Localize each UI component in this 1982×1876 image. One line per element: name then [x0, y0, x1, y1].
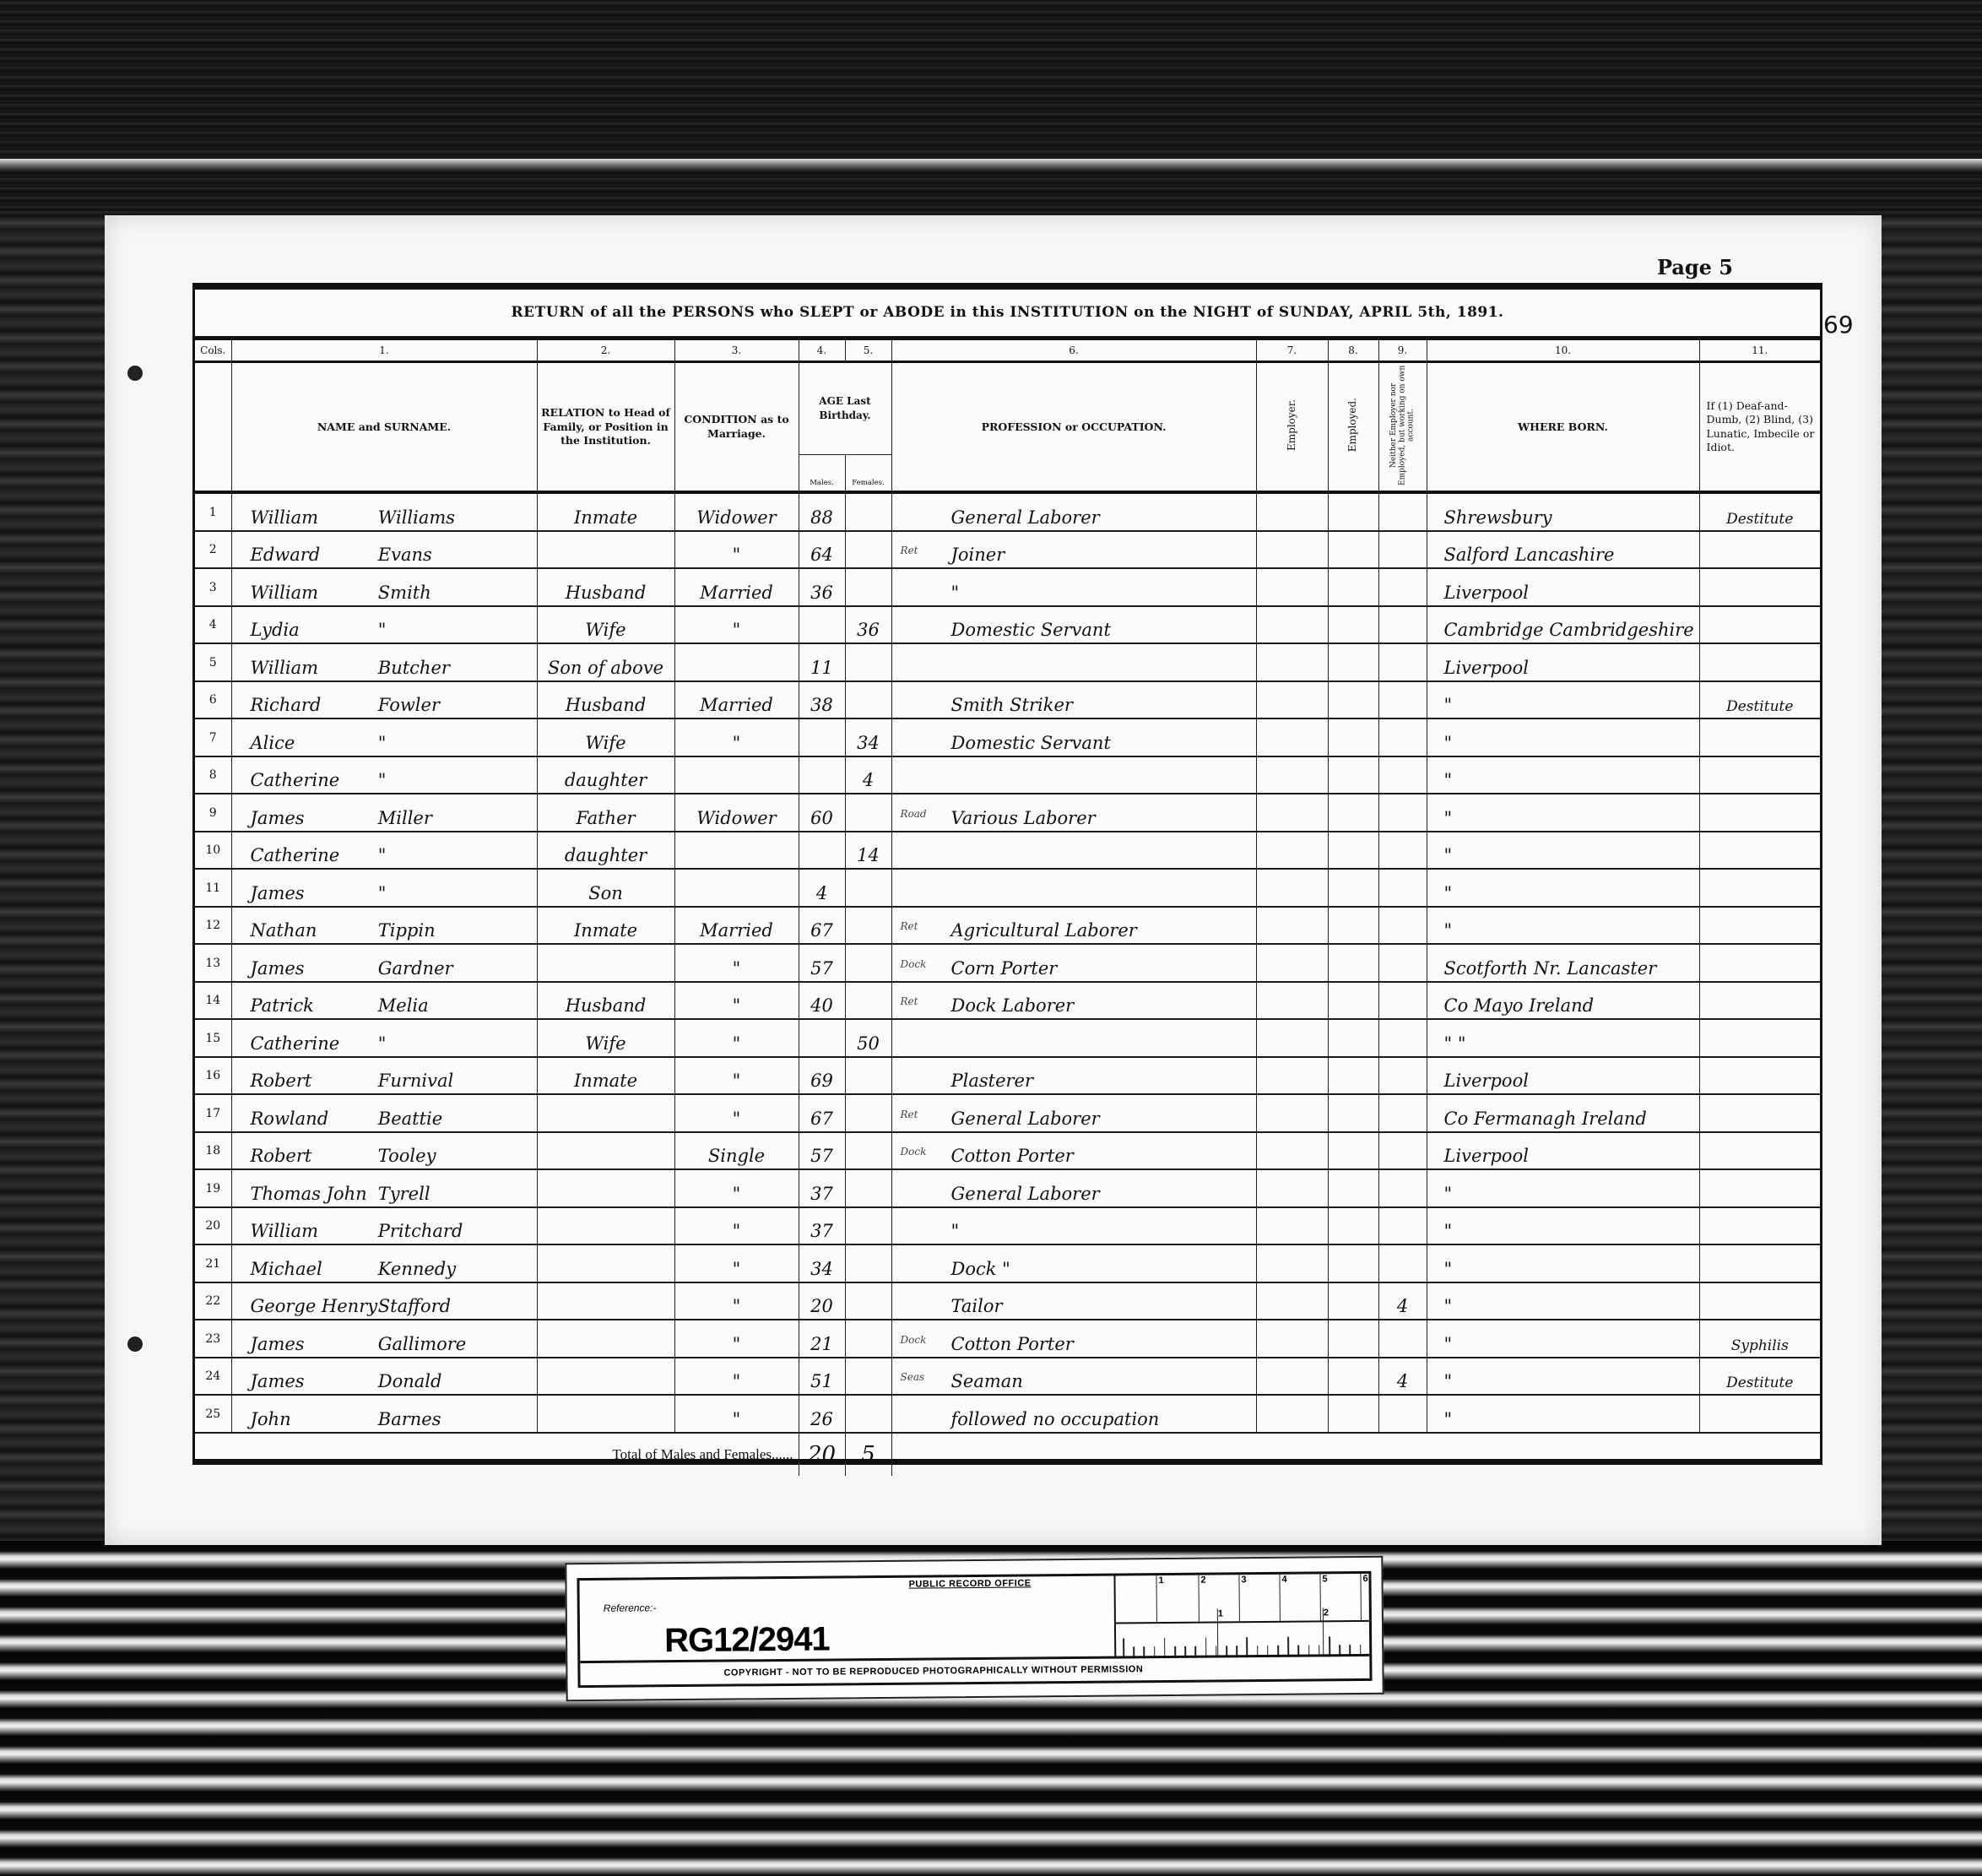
own-account-cell: 4: [1378, 1358, 1427, 1396]
where-born-cell: Shrewsbury: [1427, 492, 1699, 531]
occupation-cell: Domestic Servant: [891, 606, 1256, 644]
first-name: William: [232, 658, 378, 678]
occupation-cell: followed no occupation: [891, 1395, 1256, 1433]
occupation-text: Domestic Servant: [951, 620, 1111, 640]
occupation-note: Ret: [901, 1109, 918, 1120]
surname: Furnival: [378, 1071, 453, 1091]
column-header-row: NAME and SURNAME. RELATION to Head of Fa…: [195, 362, 1820, 493]
relation-cell: Son of above: [537, 643, 674, 681]
person-name: Lydia": [231, 606, 537, 644]
condition-cell: ": [674, 718, 799, 756]
infirmity-cell: [1699, 982, 1820, 1020]
occupation-note: Ret: [901, 545, 918, 556]
surname: ": [378, 770, 387, 790]
row-number: 8: [195, 756, 231, 794]
col-number: 1.: [231, 340, 537, 362]
female-age-cell: [845, 869, 891, 907]
row-number: 23: [195, 1320, 231, 1358]
employer-cell: [1256, 1320, 1328, 1358]
row-number-header: [195, 362, 231, 493]
occupation-text: ": [951, 1221, 960, 1241]
cm-mark: 2: [1198, 1575, 1206, 1622]
row-number: 12: [195, 907, 231, 945]
infirmity-cell: [1699, 1057, 1820, 1095]
employer-cell: [1256, 794, 1328, 832]
employed-cell: [1328, 794, 1378, 832]
first-name: James: [232, 1334, 378, 1354]
employer-cell: [1256, 606, 1328, 644]
person-name: Thomas JohnTyrell: [231, 1169, 537, 1207]
occupation-text: General Laborer: [951, 1184, 1100, 1204]
own-account-cell: [1378, 492, 1427, 531]
relation-cell: Wife: [537, 606, 674, 644]
relation-cell: [537, 1094, 674, 1132]
occupation-cell: DockCotton Porter: [891, 1132, 1256, 1170]
own-account-cell: [1378, 1019, 1427, 1057]
surname: Fowler: [378, 695, 440, 715]
person-name: RobertTooley: [231, 1132, 537, 1170]
first-name: William: [232, 507, 378, 528]
row-number: 15: [195, 1019, 231, 1057]
occupation-cell: RetDock Laborer: [891, 982, 1256, 1020]
condition-cell: Married: [674, 568, 799, 606]
surname: ": [378, 620, 387, 640]
occupation-cell: DockCorn Porter: [891, 944, 1256, 982]
table-row: 22George HenryStafford"20Tailor4": [195, 1282, 1820, 1320]
condition-cell: ": [674, 1094, 799, 1132]
table-row: 10Catherine"daughter14": [195, 832, 1820, 870]
condition-cell: ": [674, 606, 799, 644]
infirmity-cell: [1699, 1244, 1820, 1282]
female-age-cell: 36: [845, 606, 891, 644]
relation-cell: [537, 1282, 674, 1320]
infirmity-cell: [1699, 1395, 1820, 1433]
header-condition: CONDITION as to Marriage.: [674, 362, 799, 493]
female-age-cell: [845, 492, 891, 531]
occupation-cell: [891, 643, 1256, 681]
header-infirmity: If (1) Deaf-and-Dumb, (2) Blind, (3) Lun…: [1699, 362, 1820, 493]
table-row: 2EdwardEvans"64RetJoinerSalford Lancashi…: [195, 531, 1820, 569]
male-age-cell: 36: [799, 568, 845, 606]
condition-cell: [674, 869, 799, 907]
col-number: 11.: [1699, 340, 1820, 362]
female-age-cell: [845, 1132, 891, 1170]
female-age-cell: [845, 907, 891, 945]
table-row: 9JamesMillerFatherWidower60RoadVarious L…: [195, 794, 1820, 832]
punch-hole-icon: [127, 366, 143, 381]
infirmity-cell: [1699, 1132, 1820, 1170]
male-age-cell: 67: [799, 1094, 845, 1132]
occupation-note: Seas: [901, 1371, 925, 1383]
person-name: RowlandBeattie: [231, 1094, 537, 1132]
person-name: JohnBarnes: [231, 1395, 537, 1433]
employed-cell: [1328, 832, 1378, 870]
employed-cell: [1328, 643, 1378, 681]
surname: ": [378, 1033, 387, 1054]
person-name: George HenryStafford: [231, 1282, 537, 1320]
female-age-cell: [845, 944, 891, 982]
where-born-cell: ": [1427, 1395, 1699, 1433]
surname: Donald: [378, 1371, 442, 1391]
person-name: NathanTippin: [231, 907, 537, 945]
occupation-text: Domestic Servant: [951, 733, 1111, 753]
occupation-cell: [891, 756, 1256, 794]
column-number-row: Cols. 1. 2. 3. 4. 5. 6. 7. 8. 9. 10. 11.: [195, 340, 1820, 362]
condition-cell: Widower: [674, 492, 799, 531]
surname: Miller: [378, 808, 432, 828]
male-age-cell: 69: [799, 1057, 845, 1095]
where-born-cell: Liverpool: [1427, 643, 1699, 681]
infirmity-cell: [1699, 756, 1820, 794]
occupation-cell: RetAgricultural Laborer: [891, 907, 1256, 945]
table-row: 8Catherine"daughter4": [195, 756, 1820, 794]
occupation-cell: General Laborer: [891, 1169, 1256, 1207]
infirmity-cell: Destitute: [1699, 1358, 1820, 1396]
male-age-cell: 34: [799, 1244, 845, 1282]
occupation-text: Joiner: [951, 545, 1005, 565]
where-born-cell: Scotforth Nr. Lancaster: [1427, 944, 1699, 982]
employer-cell: [1256, 1132, 1328, 1170]
row-number: 3: [195, 568, 231, 606]
first-name: James: [232, 883, 378, 903]
surname: ": [378, 845, 387, 865]
occupation-cell: Domestic Servant: [891, 718, 1256, 756]
row-number: 5: [195, 643, 231, 681]
folio-number: 69: [1823, 311, 1854, 339]
totals-label: Total of Males and Females......: [195, 1433, 799, 1476]
person-name: James": [231, 869, 537, 907]
first-name: James: [232, 1371, 378, 1391]
occupation-text: Dock Laborer: [951, 995, 1075, 1016]
employed-cell: [1328, 1320, 1378, 1358]
condition-cell: ": [674, 1395, 799, 1433]
employed-cell: [1328, 982, 1378, 1020]
female-age-cell: [845, 643, 891, 681]
own-account-cell: [1378, 531, 1427, 569]
row-number: 25: [195, 1395, 231, 1433]
surname: Kennedy: [378, 1259, 456, 1279]
header-name: NAME and SURNAME.: [231, 362, 537, 493]
surname: ": [378, 733, 387, 753]
employed-cell: [1328, 1169, 1378, 1207]
own-account-cell: [1378, 832, 1427, 870]
where-born-cell: ": [1427, 718, 1699, 756]
employed-cell: [1328, 1244, 1378, 1282]
relation-cell: Inmate: [537, 907, 674, 945]
own-account-cell: [1378, 869, 1427, 907]
employer-cell: [1256, 1019, 1328, 1057]
person-name: JamesGallimore: [231, 1320, 537, 1358]
cm-mark: 3: [1238, 1575, 1247, 1621]
occupation-cell: Tailor: [891, 1282, 1256, 1320]
first-name: Patrick: [232, 995, 378, 1016]
infirmity-cell: [1699, 643, 1820, 681]
condition-cell: ": [674, 1169, 799, 1207]
employer-cell: [1256, 531, 1328, 569]
where-born-cell: Liverpool: [1427, 1057, 1699, 1095]
first-name: Michael: [232, 1259, 378, 1279]
row-number: 7: [195, 718, 231, 756]
table-row: 6RichardFowlerHusbandMarried38Smith Stri…: [195, 681, 1820, 719]
where-born-cell: ": [1427, 756, 1699, 794]
inch-mark: 1: [1217, 1608, 1224, 1657]
male-age-cell: 26: [799, 1395, 845, 1433]
own-account-cell: [1378, 606, 1427, 644]
header-own-account: Neither Employer nor Employed, but worki…: [1378, 362, 1427, 493]
occupation-text: ": [951, 583, 960, 603]
female-age-cell: 50: [845, 1019, 891, 1057]
employed-cell: [1328, 1094, 1378, 1132]
totals-blank: [891, 1433, 1820, 1476]
infirmity-cell: [1699, 531, 1820, 569]
own-account-cell: [1378, 681, 1427, 719]
own-account-cell: [1378, 1057, 1427, 1095]
employer-cell: [1256, 1169, 1328, 1207]
table-row: 12NathanTippinInmateMarried67RetAgricult…: [195, 907, 1820, 945]
public-record-office-label: PUBLIC RECORD OFFICE: [908, 1578, 1031, 1589]
row-number: 11: [195, 869, 231, 907]
where-born-cell: ": [1427, 794, 1699, 832]
employer-cell: [1256, 832, 1328, 870]
where-born-cell: Liverpool: [1427, 568, 1699, 606]
occupation-text: General Laborer: [951, 507, 1100, 528]
person-name: WilliamPritchard: [231, 1207, 537, 1245]
own-account-cell: [1378, 718, 1427, 756]
first-name: Robert: [232, 1146, 378, 1166]
male-age-cell: 64: [799, 531, 845, 569]
male-age-cell: 11: [799, 643, 845, 681]
employed-cell: [1328, 907, 1378, 945]
table-row: 4Lydia"Wife"36Domestic ServantCambridge …: [195, 606, 1820, 644]
person-name: MichaelKennedy: [231, 1244, 537, 1282]
condition-cell: Single: [674, 1132, 799, 1170]
col-number: 3.: [674, 340, 799, 362]
row-number: 1: [195, 492, 231, 531]
employer-cell: [1256, 1244, 1328, 1282]
first-name: Rowland: [232, 1109, 378, 1129]
row-number: 19: [195, 1169, 231, 1207]
col-number: 10.: [1427, 340, 1699, 362]
employed-cell: [1328, 756, 1378, 794]
male-age-cell: 37: [799, 1207, 845, 1245]
occupation-cell: [891, 1019, 1256, 1057]
occupation-text: followed no occupation: [951, 1409, 1160, 1429]
surname: Tooley: [378, 1146, 436, 1166]
employer-cell: [1256, 756, 1328, 794]
own-account-cell: [1378, 1244, 1427, 1282]
employed-cell: [1328, 492, 1378, 531]
person-name: JamesDonald: [231, 1358, 537, 1396]
occupation-cell: RetJoiner: [891, 531, 1256, 569]
surname: Pritchard: [378, 1221, 463, 1241]
reference-code: RG12/2941: [664, 1621, 830, 1661]
infirmity-cell: [1699, 869, 1820, 907]
relation-cell: [537, 944, 674, 982]
condition-cell: ": [674, 1244, 799, 1282]
male-age-cell: [799, 718, 845, 756]
condition-cell: [674, 643, 799, 681]
male-age-cell: [799, 832, 845, 870]
own-account-cell: [1378, 1320, 1427, 1358]
infirmity-cell: [1699, 1282, 1820, 1320]
col-number: 5.: [845, 340, 891, 362]
header-age-label: AGE Last Birthday.: [799, 363, 891, 455]
surname: Butcher: [378, 658, 450, 678]
surname: Stafford: [378, 1296, 451, 1316]
occupation-cell: Plasterer: [891, 1057, 1256, 1095]
occupation-cell: [891, 832, 1256, 870]
infirmity-cell: [1699, 1207, 1820, 1245]
occupation-note: Ret: [901, 995, 918, 1007]
own-account-cell: [1378, 756, 1427, 794]
employed-cell: [1328, 1282, 1378, 1320]
occupation-cell: [891, 869, 1256, 907]
cm-mark: 4: [1279, 1575, 1287, 1621]
where-born-cell: ": [1427, 681, 1699, 719]
occupation-text: Cotton Porter: [951, 1334, 1074, 1354]
employed-cell: [1328, 718, 1378, 756]
occupation-text: General Laborer: [951, 1109, 1100, 1129]
person-name: PatrickMelia: [231, 982, 537, 1020]
table-row: 3WilliamSmithHusbandMarried36"Liverpool: [195, 568, 1820, 606]
header-employed-label: Employed.: [1346, 398, 1360, 452]
form-title: RETURN of all the PERSONS who SLEPT or A…: [195, 290, 1820, 340]
first-name: James: [232, 808, 378, 828]
employed-cell: [1328, 531, 1378, 569]
female-age-cell: [845, 794, 891, 832]
employed-cell: [1328, 944, 1378, 982]
infirmity-cell: Syphilis: [1699, 1320, 1820, 1358]
relation-cell: [537, 1358, 674, 1396]
row-number: 2: [195, 531, 231, 569]
female-age-cell: [845, 1358, 891, 1396]
employed-cell: [1328, 568, 1378, 606]
employed-cell: [1328, 1019, 1378, 1057]
female-age-cell: [845, 1320, 891, 1358]
col-number: 2.: [537, 340, 674, 362]
female-age-cell: 14: [845, 832, 891, 870]
male-age-cell: 57: [799, 1132, 845, 1170]
female-age-cell: [845, 1395, 891, 1433]
row-number: 9: [195, 794, 231, 832]
employer-cell: [1256, 1282, 1328, 1320]
occupation-note: Road: [901, 808, 927, 820]
row-number: 21: [195, 1244, 231, 1282]
employed-cell: [1328, 681, 1378, 719]
where-born-cell: ": [1427, 1169, 1699, 1207]
census-table: Cols. 1. 2. 3. 4. 5. 6. 7. 8. 9. 10. 11.…: [195, 340, 1820, 1476]
where-born-cell: Cambridge Cambridgeshire: [1427, 606, 1699, 644]
row-number: 17: [195, 1094, 231, 1132]
header-employer-label: Employer.: [1286, 399, 1299, 451]
row-number: 10: [195, 832, 231, 870]
occupation-cell: RetGeneral Laborer: [891, 1094, 1256, 1132]
first-name: Catherine: [232, 770, 378, 790]
first-name: Robert: [232, 1071, 378, 1091]
infirmity-cell: [1699, 794, 1820, 832]
cm-mark: 6: [1360, 1574, 1368, 1620]
relation-cell: [537, 1395, 674, 1433]
employer-cell: [1256, 643, 1328, 681]
first-name: Richard: [232, 695, 378, 715]
first-name: Alice: [232, 733, 378, 753]
where-born-cell: ": [1427, 907, 1699, 945]
condition-cell: Married: [674, 681, 799, 719]
male-age-cell: 37: [799, 1169, 845, 1207]
scanner-background-top: [0, 0, 1982, 211]
first-name: Catherine: [232, 1033, 378, 1054]
occupation-cell: Smith Striker: [891, 681, 1256, 719]
table-row: 18RobertTooleySingle57DockCotton PorterL…: [195, 1132, 1820, 1170]
row-number: 13: [195, 944, 231, 982]
table-row: 7Alice"Wife"34Domestic Servant": [195, 718, 1820, 756]
occupation-cell: DockCotton Porter: [891, 1320, 1256, 1358]
col-number: 7.: [1256, 340, 1328, 362]
header-where-born: WHERE BORN.: [1427, 362, 1699, 493]
person-name: Alice": [231, 718, 537, 756]
first-name: Edward: [232, 545, 378, 565]
male-age-cell: 60: [799, 794, 845, 832]
person-name: JamesMiller: [231, 794, 537, 832]
where-born-cell: " ": [1427, 1019, 1699, 1057]
male-age-cell: 4: [799, 869, 845, 907]
surname: Evans: [378, 545, 432, 565]
header-age: AGE Last Birthday. Males. Females.: [799, 362, 891, 493]
occupation-text: Agricultural Laborer: [951, 920, 1137, 941]
col-number: 6.: [891, 340, 1256, 362]
header-occupation: PROFESSION or OCCUPATION.: [891, 362, 1256, 493]
header-age-females: Females.: [845, 455, 891, 491]
person-name: Catherine": [231, 832, 537, 870]
page-number: Page 5: [1657, 255, 1733, 279]
condition-cell: ": [674, 531, 799, 569]
male-age-cell: 20: [799, 1282, 845, 1320]
cm-mark: 1: [1156, 1575, 1164, 1622]
first-name: Thomas John: [232, 1184, 378, 1204]
where-born-cell: ": [1427, 1358, 1699, 1396]
relation-cell: [537, 531, 674, 569]
first-name: Lydia: [232, 620, 378, 640]
employer-cell: [1256, 907, 1328, 945]
employer-cell: [1256, 568, 1328, 606]
surname: Tippin: [378, 920, 436, 941]
infirmity-cell: [1699, 944, 1820, 982]
infirmity-cell: [1699, 1169, 1820, 1207]
female-age-cell: [845, 568, 891, 606]
where-born-cell: ": [1427, 832, 1699, 870]
occupation-text: Tailor: [951, 1296, 1003, 1316]
first-name: William: [232, 583, 378, 603]
relation-cell: [537, 1320, 674, 1358]
row-number: 20: [195, 1207, 231, 1245]
infirmity-cell: [1699, 718, 1820, 756]
occupation-note: Dock: [901, 1146, 927, 1158]
where-born-cell: ": [1427, 869, 1699, 907]
where-born-cell: Co Fermanagh Ireland: [1427, 1094, 1699, 1132]
table-row: 16RobertFurnivalInmate"69PlastererLiverp…: [195, 1057, 1820, 1095]
surname: Gardner: [378, 958, 453, 979]
table-row: 1WilliamWilliamsInmateWidower88General L…: [195, 492, 1820, 531]
surname: Barnes: [378, 1409, 441, 1429]
table-row: 5WilliamButcherSon of above11Liverpool: [195, 643, 1820, 681]
infirmity-cell: [1699, 606, 1820, 644]
female-age-cell: 4: [845, 756, 891, 794]
where-born-cell: ": [1427, 1320, 1699, 1358]
condition-cell: ": [674, 1207, 799, 1245]
own-account-cell: [1378, 568, 1427, 606]
female-age-cell: [845, 1244, 891, 1282]
employer-cell: [1256, 1057, 1328, 1095]
